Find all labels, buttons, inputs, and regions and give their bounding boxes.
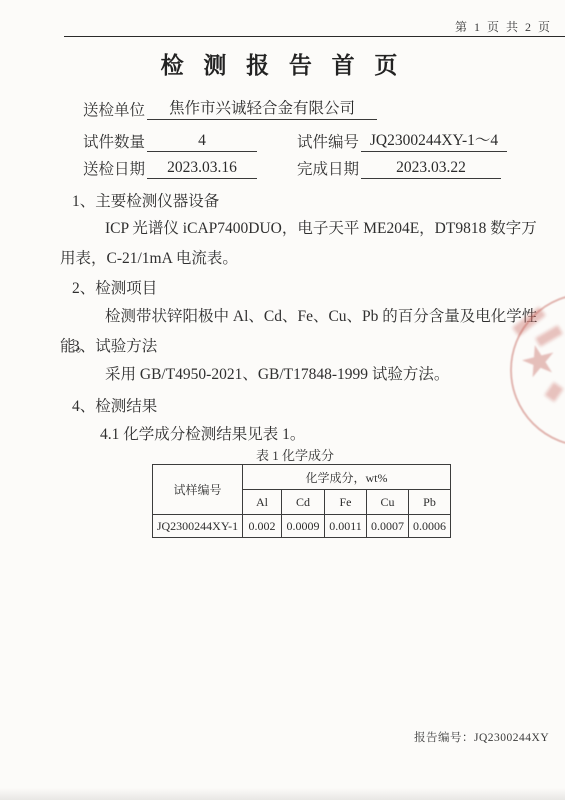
table-header-sample-no: 试样编号 <box>153 465 243 515</box>
table-cell-al: 0.002 <box>243 515 282 538</box>
section-4-heading: 4、检测结果 <box>60 394 554 416</box>
table-row: JQ2300244XY-1 0.002 0.0009 0.0011 0.0007… <box>153 515 451 538</box>
chemical-composition-table: 试样编号 化学成分，wt% Al Cd Fe Cu Pb JQ2300244XY… <box>152 464 451 538</box>
submit-unit-value: 焦作市兴诚轻合金有限公司 <box>147 96 377 120</box>
section-1-body: ICP 光谱仪 iCAP7400DUO，电子天平 ME204E，DT9818 数… <box>60 214 540 273</box>
table-cell-pb: 0.0006 <box>409 515 451 538</box>
table-cell-cd: 0.0009 <box>282 515 325 538</box>
report-page: 第 1 页 共 2 页 检 测 报 告 首 页 送检单位焦作市兴诚轻合金有限公司… <box>0 0 565 800</box>
complete-date-value: 2023.03.22 <box>361 159 501 179</box>
report-number: 报告编号：JQ2300244XY <box>414 729 549 745</box>
table-cell-cu: 0.0007 <box>367 515 409 538</box>
specimen-qty-label: 试件数量 <box>83 134 145 151</box>
submit-date-label: 送检日期 <box>83 161 145 178</box>
table-header-group: 化学成分，wt% <box>243 465 451 490</box>
specimen-qty-value: 4 <box>147 132 257 152</box>
table-header-pb: Pb <box>409 490 451 515</box>
table-row-group-header: 试样编号 化学成分，wt% <box>153 465 451 490</box>
table-header-al: Al <box>243 490 282 515</box>
page-title: 检 测 报 告 首 页 <box>0 47 565 80</box>
page-number: 第 1 页 共 2 页 <box>455 18 552 35</box>
form-row-dates: 送检日期2023.03.16完成日期2023.03.22 <box>83 157 501 179</box>
header-rule <box>64 36 565 37</box>
form-row-submit-unit: 送检单位焦作市兴诚轻合金有限公司 <box>83 96 377 120</box>
section-2-heading: 2、检测项目 <box>60 276 554 298</box>
table-header-cd: Cd <box>282 490 325 515</box>
table-cell-sample-no: JQ2300244XY-1 <box>153 515 243 538</box>
specimen-no-label: 试件编号 <box>297 134 359 151</box>
complete-date-label: 完成日期 <box>297 161 359 178</box>
specimen-no-value: JQ2300244XY-1～4 <box>361 128 507 152</box>
submit-date-value: 2023.03.16 <box>147 159 257 179</box>
form-row-specimen: 试件数量4试件编号JQ2300244XY-1～4 <box>83 128 507 152</box>
section-3-heading: 3、试验方法 <box>60 334 554 356</box>
table-cell-fe: 0.0011 <box>325 515 367 538</box>
submit-unit-label: 送检单位 <box>83 102 145 119</box>
section-1-heading: 1、主要检测仪器设备 <box>60 189 554 211</box>
section-3-body: 采用 GB/T4950-2021、GB/T17848-1999 试验方法。 <box>60 360 540 390</box>
page-bottom-shadow <box>0 788 565 800</box>
table-caption: 表 1 化学成分 <box>152 445 438 464</box>
table-header-fe: Fe <box>325 490 367 515</box>
table-header-cu: Cu <box>367 490 409 515</box>
